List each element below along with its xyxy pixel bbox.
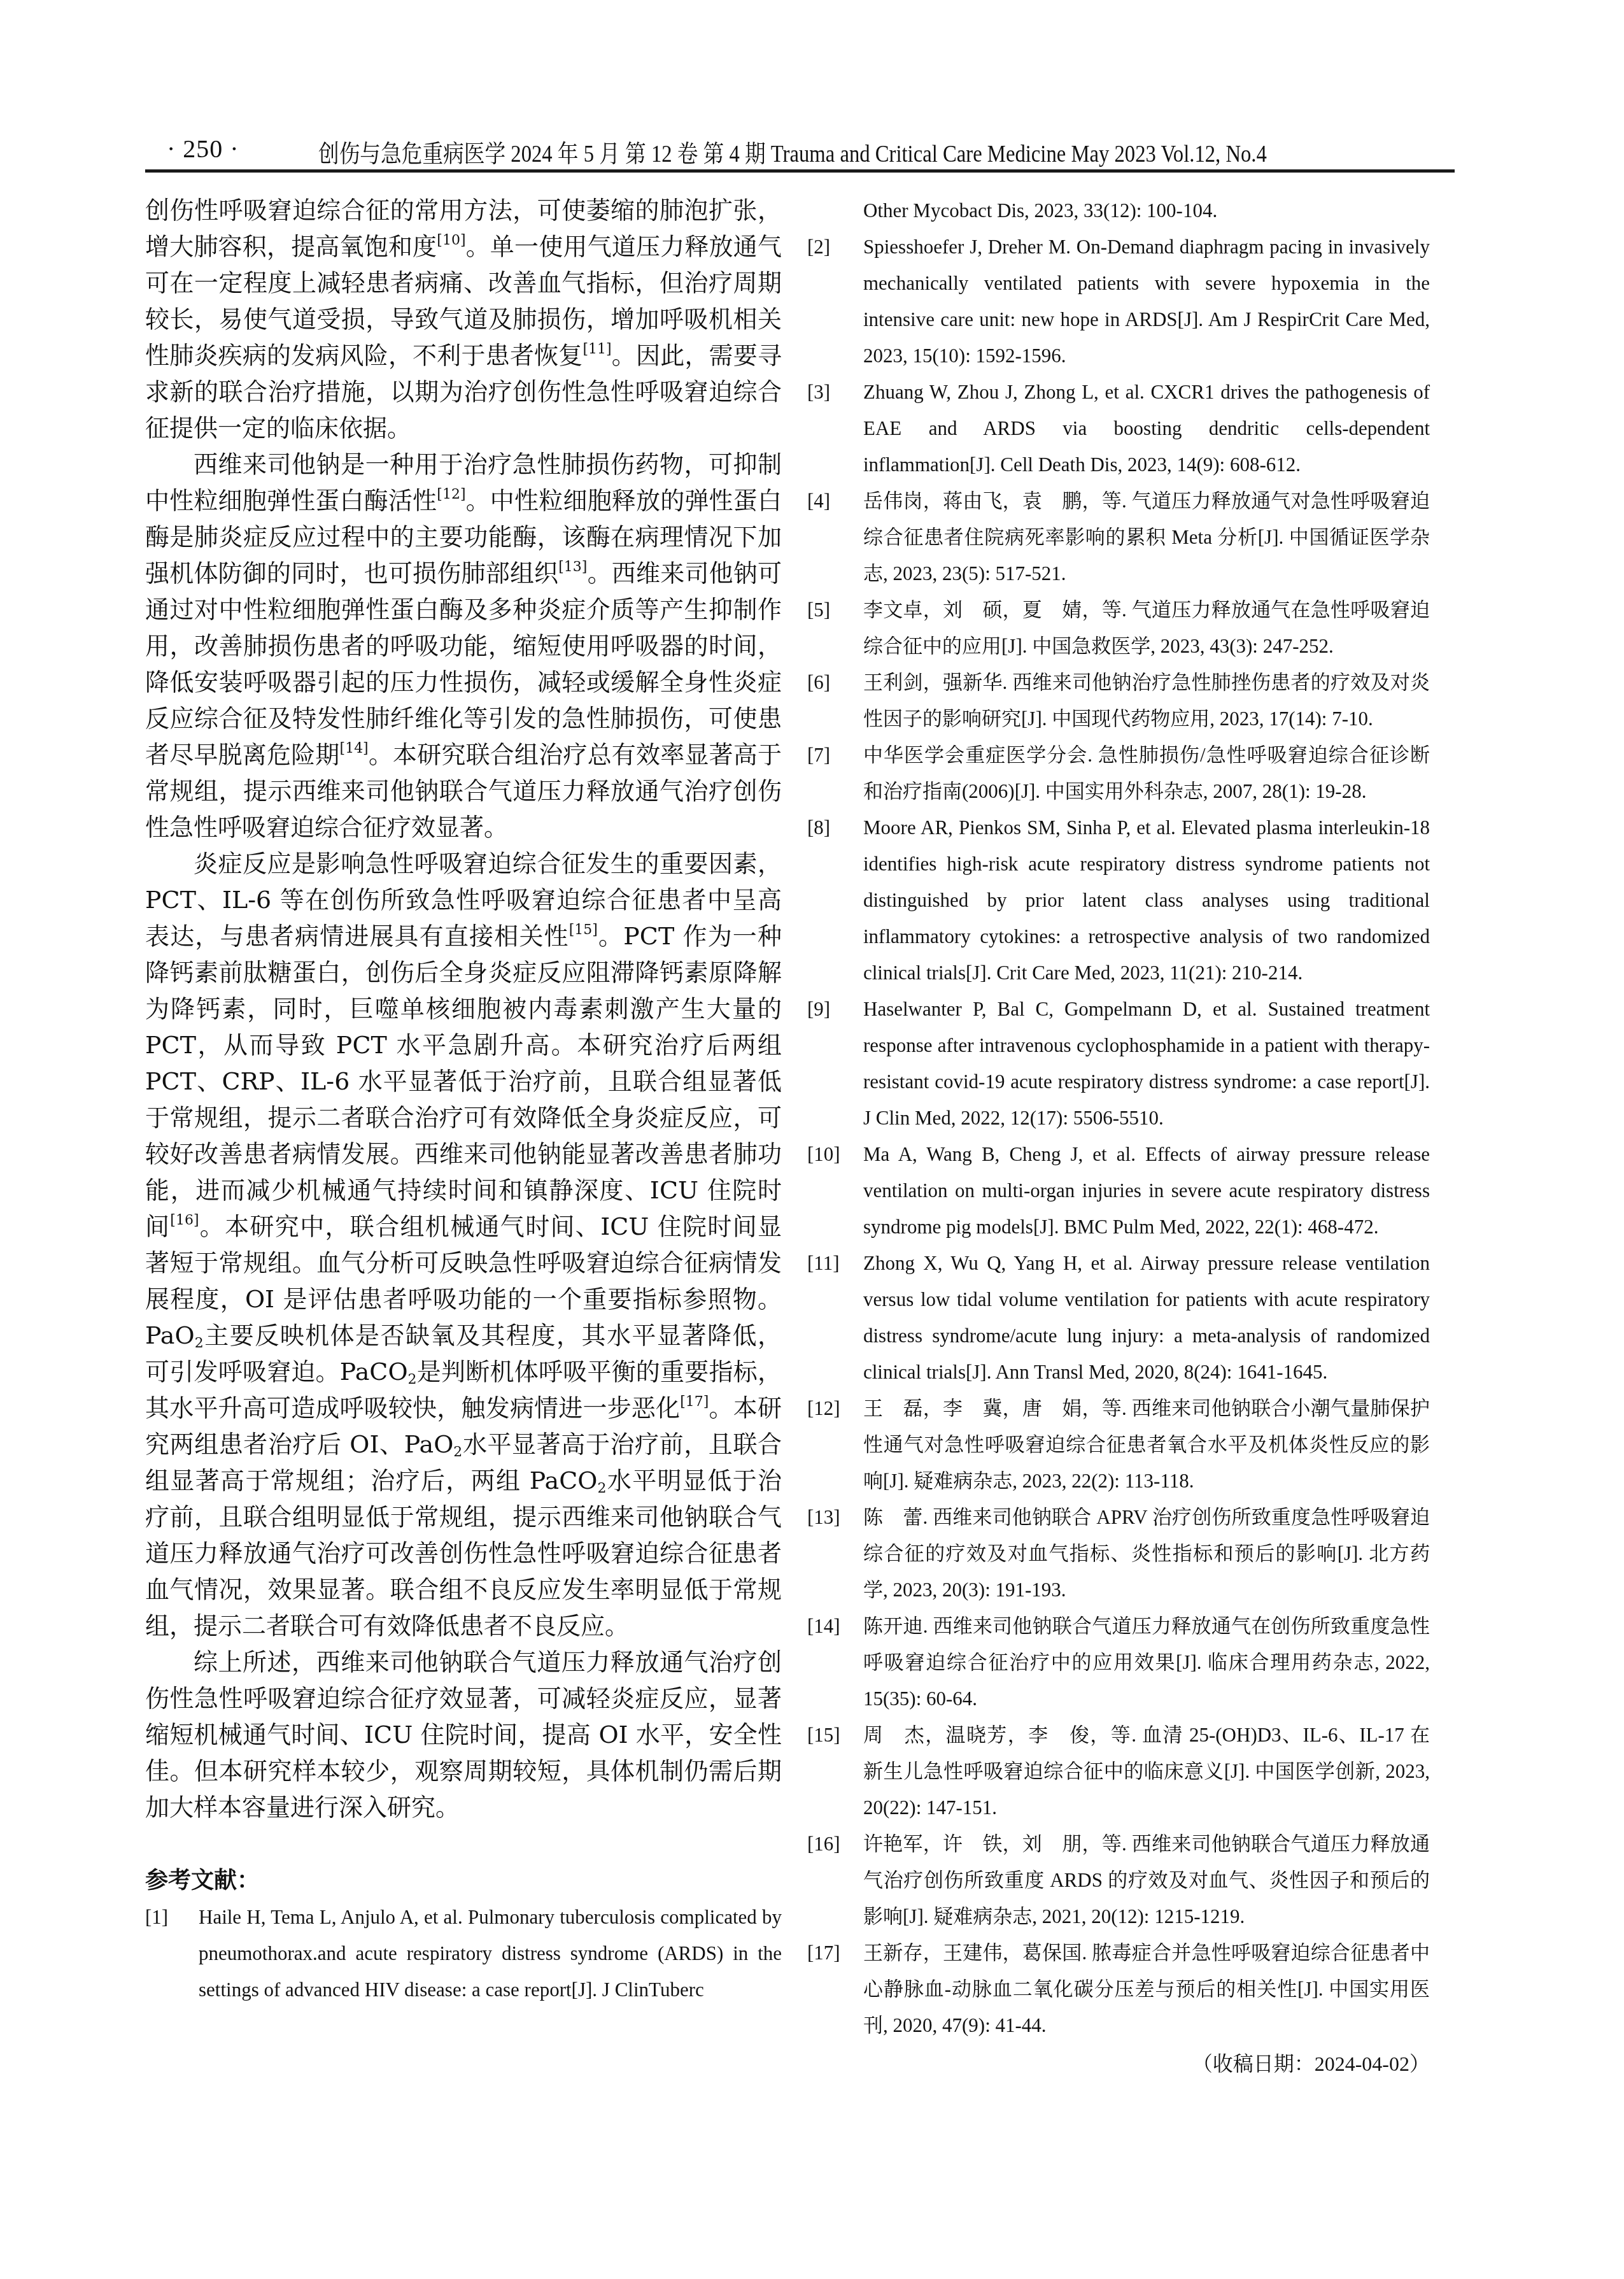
reference-number: [1] bbox=[145, 1899, 199, 1935]
reference-number: [2] bbox=[807, 229, 863, 265]
reference-number: [14] bbox=[807, 1608, 863, 1644]
reference-text: Ma A, Wang B, Cheng J, et al. Effects of… bbox=[863, 1136, 1430, 1245]
reference-number: [11] bbox=[807, 1245, 863, 1281]
citation[interactable]: [10] bbox=[437, 232, 465, 248]
reference-number: [12] bbox=[807, 1390, 863, 1426]
citation[interactable]: [12] bbox=[437, 486, 465, 502]
reference-item: [9] Haselwanter P, Bal C, Gompelmann D, … bbox=[807, 991, 1430, 1136]
reference-item: [17] 王新存，王建伟，葛保国. 脓毒症合并急性呼吸窘迫综合征患者中心静脉血-… bbox=[807, 1935, 1430, 2043]
reference-text: 周 杰，温晓芳，李 俊，等. 血清 25-(OH)D3、IL-6、IL-17 在… bbox=[863, 1717, 1430, 1826]
reference-number: [17] bbox=[807, 1935, 863, 1971]
reference-number: [16] bbox=[807, 1826, 863, 1862]
reference-text: 王 磊，李 冀，唐 娟，等. 西维来司他钠联合小潮气量肺保护性通气对急性呼吸窘迫… bbox=[863, 1390, 1430, 1499]
reference-text: 陈开迪. 西维来司他钠联合气道压力释放通气在创伤所致重度急性呼吸窘迫综合征治疗中… bbox=[863, 1608, 1430, 1717]
reference-number: [4] bbox=[807, 483, 863, 519]
right-column: Other Mycobact Dis, 2023, 33(12): 100-10… bbox=[807, 192, 1430, 2082]
reference-item: [12] 王 磊，李 冀，唐 娟，等. 西维来司他钠联合小潮气量肺保护性通气对急… bbox=[807, 1390, 1430, 1499]
citation[interactable]: [13] bbox=[558, 559, 587, 575]
reference-item: [15] 周 杰，温晓芳，李 俊，等. 血清 25-(OH)D3、IL-6、IL… bbox=[807, 1717, 1430, 1826]
citation[interactable]: [11] bbox=[583, 341, 611, 357]
reference-item: [7] 中华医学会重症医学分会. 急性肺损伤/急性呼吸窘迫综合征诊断和治疗指南(… bbox=[807, 737, 1430, 809]
reference-item: [14] 陈开迪. 西维来司他钠联合气道压力释放通气在创伤所致重度急性呼吸窘迫综… bbox=[807, 1608, 1430, 1717]
body-paragraph-1: 创伤性呼吸窘迫综合征的常用方法，可使萎缩的肺泡扩张，增大肺容积，提高氧饱和度[1… bbox=[145, 192, 782, 446]
reference-item: [6] 王利剑，强新华. 西维来司他钠治疗急性肺挫伤患者的疗效及对炎性因子的影响… bbox=[807, 664, 1430, 737]
citation[interactable]: [17] bbox=[680, 1394, 709, 1410]
reference-item: [10] Ma A, Wang B, Cheng J, et al. Effec… bbox=[807, 1136, 1430, 1245]
reference-number: [6] bbox=[807, 664, 863, 700]
reference-number: [15] bbox=[807, 1717, 863, 1753]
reference-number: [5] bbox=[807, 592, 863, 628]
reference-text: 王新存，王建伟，葛保国. 脓毒症合并急性呼吸窘迫综合征患者中心静脉血-动脉血二氧… bbox=[863, 1935, 1430, 2043]
reference-item: [3] Zhuang W, Zhou J, Zhong L, et al. CX… bbox=[807, 374, 1430, 483]
reference-number: [8] bbox=[807, 809, 863, 846]
reference-text: 中华医学会重症医学分会. 急性肺损伤/急性呼吸窘迫综合征诊断和治疗指南(2006… bbox=[863, 737, 1430, 809]
reference-text: Haselwanter P, Bal C, Gompelmann D, et a… bbox=[863, 991, 1430, 1136]
left-column: 创伤性呼吸窘迫综合征的常用方法，可使萎缩的肺泡扩张，增大肺容积，提高氧饱和度[1… bbox=[145, 192, 782, 2008]
reference-item: [4] 岳伟岗，蒋由飞，袁 鹏，等. 气道压力释放通气对急性呼吸窘迫综合征患者住… bbox=[807, 483, 1430, 592]
body-paragraph-conclusion: 综上所述，西维来司他钠联合气道压力释放通气治疗创伤性急性呼吸窘迫综合征疗效显著，… bbox=[145, 1644, 782, 1826]
citation[interactable]: [15] bbox=[569, 922, 598, 938]
references-heading: 参考文献： bbox=[145, 1863, 782, 1899]
reference-number: [13] bbox=[807, 1499, 863, 1535]
reference-item: [8] Moore AR, Pienkos SM, Sinha P, et al… bbox=[807, 809, 1430, 991]
reference-text: Haile H, Tema L, Anjulo A, et al. Pulmon… bbox=[199, 1899, 782, 2008]
citation[interactable]: [16] bbox=[170, 1212, 199, 1228]
page-number: · 250 · bbox=[167, 134, 239, 164]
reference-text: Moore AR, Pienkos SM, Sinha P, et al. El… bbox=[863, 809, 1430, 991]
reference-text: Spiesshoefer J, Dreher M. On-Demand diap… bbox=[863, 229, 1430, 374]
reference-text: Zhuang W, Zhou J, Zhong L, et al. CXCR1 … bbox=[863, 374, 1430, 483]
reference-continuation: Other Mycobact Dis, 2023, 33(12): 100-10… bbox=[807, 192, 1430, 229]
header-rule bbox=[145, 169, 1455, 173]
running-title: 创伤与急危重病医学 2024 年 5 月 第 12 卷 第 4 期 Trauma… bbox=[318, 134, 1267, 169]
reference-text: Zhong X, Wu Q, Yang H, et al. Airway pre… bbox=[863, 1245, 1430, 1390]
citation[interactable]: [14] bbox=[340, 741, 369, 756]
reference-number: [3] bbox=[807, 374, 863, 410]
reference-item: [2] Spiesshoefer J, Dreher M. On-Demand … bbox=[807, 229, 1430, 374]
reference-number: [9] bbox=[807, 991, 863, 1027]
reference-item: [5] 李文卓，刘 硕，夏 婧，等. 气道压力释放通气在急性呼吸窘迫综合征中的应… bbox=[807, 592, 1430, 664]
reference-text: 李文卓，刘 硕，夏 婧，等. 气道压力释放通气在急性呼吸窘迫综合征中的应用[J]… bbox=[863, 592, 1430, 664]
reference-text: 许艳军，许 铁，刘 朋，等. 西维来司他钠联合气道压力释放通气治疗创伤所致重度 … bbox=[863, 1826, 1430, 1935]
body-paragraph-3: 炎症反应是影响急性呼吸窘迫综合征发生的重要因素，PCT、IL-6 等在创伤所致急… bbox=[145, 846, 782, 1644]
reference-item: [16] 许艳军，许 铁，刘 朋，等. 西维来司他钠联合气道压力释放通气治疗创伤… bbox=[807, 1826, 1430, 1935]
body-paragraph-2: 西维来司他钠是一种用于治疗急性肺损伤药物，可抑制中性粒细胞弹性蛋白酶活性[12]… bbox=[145, 446, 782, 846]
reference-number: [10] bbox=[807, 1136, 863, 1172]
reference-text: 王利剑，强新华. 西维来司他钠治疗急性肺挫伤患者的疗效及对炎性因子的影响研究[J… bbox=[863, 664, 1430, 737]
reference-text: 陈 蕾. 西维来司他钠联合 APRV 治疗创伤所致重度急性呼吸窘迫综合征的疗效及… bbox=[863, 1499, 1430, 1608]
reference-text: 岳伟岗，蒋由飞，袁 鹏，等. 气道压力释放通气对急性呼吸窘迫综合征患者住院病死率… bbox=[863, 483, 1430, 592]
reference-item: [13] 陈 蕾. 西维来司他钠联合 APRV 治疗创伤所致重度急性呼吸窘迫综合… bbox=[807, 1499, 1430, 1608]
reference-number: [7] bbox=[807, 737, 863, 773]
received-date: （收稿日期：2024-04-02） bbox=[807, 2046, 1430, 2082]
reference-item: [11] Zhong X, Wu Q, Yang H, et al. Airwa… bbox=[807, 1245, 1430, 1390]
reference-item: [1] Haile H, Tema L, Anjulo A, et al. Pu… bbox=[145, 1899, 782, 2008]
